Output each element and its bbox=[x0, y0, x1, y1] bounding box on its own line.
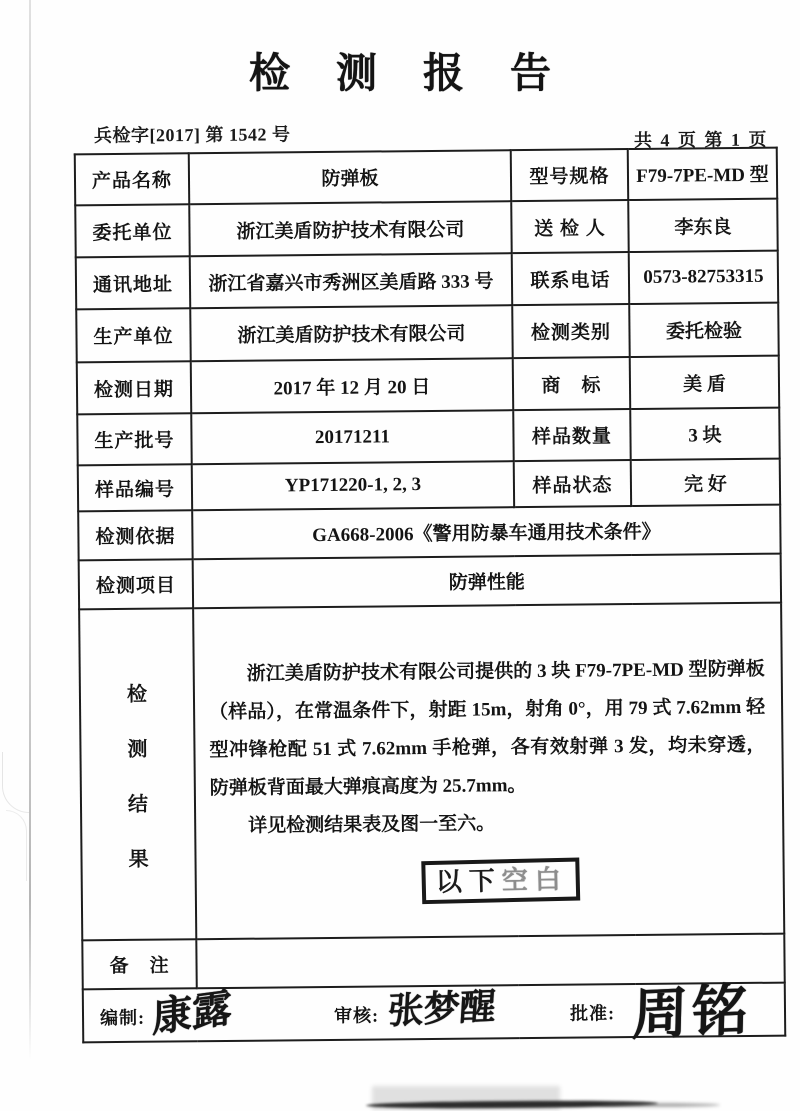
field-value: 浙江美盾防护技术有限公司 bbox=[190, 305, 512, 361]
results-vertical-label: 检 测 结 果 bbox=[79, 608, 196, 940]
field-value: 防弹板 bbox=[189, 150, 511, 204]
reviewed-by-label: 审核: bbox=[334, 1001, 379, 1027]
field-label: 样品状态 bbox=[514, 460, 631, 507]
table-row: 样品编号 YP171220-1, 2, 3 样品状态 完 好 bbox=[78, 459, 780, 512]
field-value: YP171220-1, 2, 3 bbox=[192, 461, 514, 510]
report-table-wrap: 产品名称 防弹板 型号规格 F79-7PE-MD 型 委托单位 浙江美盾防护技术… bbox=[74, 147, 785, 1044]
prepared-by-signature: 康露 bbox=[152, 976, 232, 1044]
field-value: 防弹性能 bbox=[193, 554, 781, 609]
field-value: 完 好 bbox=[631, 459, 780, 506]
paper-wrinkle bbox=[6, 810, 27, 881]
field-value: 李东良 bbox=[628, 199, 777, 252]
approved-by-label: 批准: bbox=[570, 999, 615, 1025]
table-row-signatures: 编制: 康露 审核: 张梦醒 批准: 周铭 bbox=[83, 983, 785, 1043]
table-row: 生产批号 20171211 样品数量 3 块 bbox=[77, 408, 779, 466]
reviewed-by-signature: 张梦醒 bbox=[386, 978, 497, 1034]
field-label: 商 标 bbox=[513, 357, 630, 410]
field-value: 3 块 bbox=[630, 408, 779, 460]
results-paragraph: 浙江美盾防护技术有限公司提供的 3 块 F79-7PE-MD 型防弹板（样品），… bbox=[209, 651, 766, 808]
table-row: 产品名称 防弹板 型号规格 F79-7PE-MD 型 bbox=[75, 148, 777, 206]
field-label: 生产单位 bbox=[76, 308, 191, 362]
report-header: 检测报告 bbox=[0, 40, 800, 99]
table-row-items: 检测项目 防弹性能 bbox=[79, 554, 781, 610]
field-value: GA668-2006《警用防暴车通用技术条件》 bbox=[192, 505, 780, 560]
field-label: 联系电话 bbox=[512, 252, 629, 305]
vertical-char: 结 bbox=[128, 787, 148, 816]
blank-below-stamp: 以下空白 bbox=[421, 857, 580, 904]
field-label: 检测依据 bbox=[78, 510, 192, 560]
vertical-char: 测 bbox=[127, 732, 147, 761]
field-label: 样品编号 bbox=[78, 464, 192, 511]
field-label: 样品数量 bbox=[513, 409, 630, 461]
scan-crease-line bbox=[29, 0, 31, 1060]
results-paragraph: 详见检测结果表及图一至六。 bbox=[210, 803, 766, 846]
field-value: 浙江省嘉兴市秀洲区美盾路 333 号 bbox=[190, 253, 512, 308]
stamp-text: 空白 bbox=[501, 864, 568, 896]
table-row-results: 检 测 结 果 浙江美盾防护技术有限公司提供的 3 块 F79-7PE-MD 型… bbox=[79, 603, 784, 941]
field-label: 检测日期 bbox=[77, 361, 191, 414]
stamp-text: 以下 bbox=[435, 865, 502, 897]
report-table: 产品名称 防弹板 型号规格 F79-7PE-MD 型 委托单位 浙江美盾防护技术… bbox=[74, 147, 787, 1044]
field-label: 通讯地址 bbox=[76, 256, 190, 309]
field-value: 浙江美盾防护技术有限公司 bbox=[189, 201, 511, 256]
table-row: 通讯地址 浙江省嘉兴市秀洲区美盾路 333 号 联系电话 0573-827533… bbox=[76, 251, 778, 310]
field-value: 20171211 bbox=[191, 410, 513, 464]
field-value: 委托检验 bbox=[629, 303, 779, 357]
vertical-char: 检 bbox=[127, 677, 147, 706]
field-label: 生产批号 bbox=[77, 413, 191, 465]
field-label: 产品名称 bbox=[75, 153, 189, 205]
field-label: 委托单位 bbox=[75, 204, 189, 257]
field-label: 检测项目 bbox=[79, 559, 193, 609]
table-row: 生产单位 浙江美盾防护技术有限公司 检测类别 委托检验 bbox=[76, 303, 778, 363]
paper-wrinkle bbox=[2, 752, 29, 813]
results-text: 浙江美盾防护技术有限公司提供的 3 块 F79-7PE-MD 型防弹板（样品），… bbox=[194, 637, 782, 847]
prepared-by-label: 编制: bbox=[100, 1004, 145, 1030]
results-content: 浙江美盾防护技术有限公司提供的 3 块 F79-7PE-MD 型防弹板（样品），… bbox=[193, 603, 784, 940]
page-title: 检测报告 bbox=[249, 40, 597, 99]
signatures-row: 编制: 康露 审核: 张梦醒 批准: 周铭 bbox=[83, 983, 785, 1043]
field-value: F79-7PE-MD 型 bbox=[628, 148, 777, 200]
results-vertical-label-stack: 检 测 结 果 bbox=[81, 677, 195, 872]
field-label: 送 检 人 bbox=[511, 200, 628, 253]
document-number: 兵检字[2017] 第 1542 号 bbox=[94, 120, 291, 147]
field-label: 检测类别 bbox=[512, 304, 630, 358]
table-row-basis: 检测依据 GA668-2006《警用防暴车通用技术条件》 bbox=[78, 505, 780, 561]
table-row: 检测日期 2017 年 12 月 20 日 商 标 美 盾 bbox=[77, 356, 779, 415]
field-label: 型号规格 bbox=[511, 149, 628, 201]
vertical-char: 果 bbox=[128, 842, 148, 871]
field-value: 美 盾 bbox=[630, 356, 779, 409]
field-value: 2017 年 12 月 20 日 bbox=[191, 358, 513, 413]
field-value: 0573-82753315 bbox=[629, 251, 778, 304]
scan-edge-shadow bbox=[600, 1103, 720, 1107]
approved-by-signature: 周铭 bbox=[631, 966, 753, 1052]
table-row: 委托单位 浙江美盾防护技术有限公司 送 检 人 李东良 bbox=[75, 199, 777, 258]
